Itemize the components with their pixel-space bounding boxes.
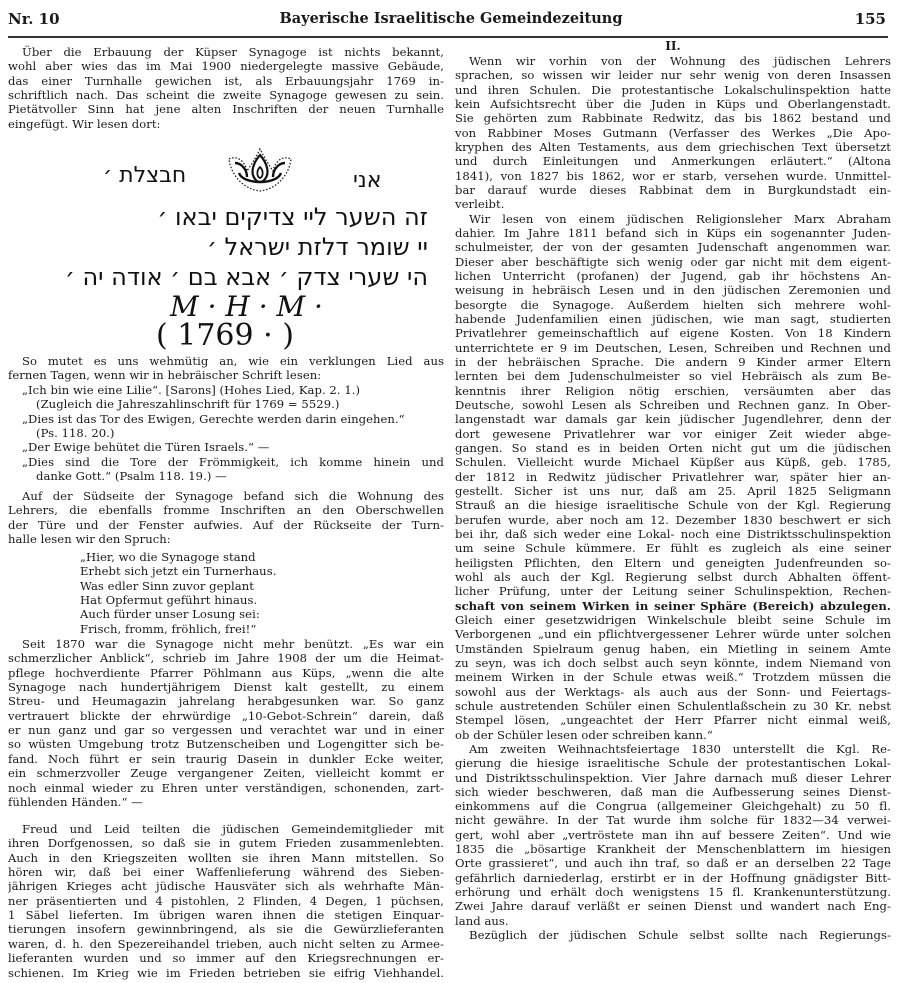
text-line: ihren Dorfgenossen, so daß sie in gutem … [8,836,444,850]
text-line: einkommens auf die Congrua (allgemeiner … [455,799,891,813]
text-line: von Rabbiner Moses Gutmann (Verfasser de… [455,126,891,140]
text-line: pflege hochverdiente Pfarrer Pöhlmann au… [8,666,444,680]
text-line: weisung in hebräisch Lesen und in den jü… [455,283,891,297]
text-line: verleibt. [455,197,504,211]
text-line: Über die Erbauung der Küpser Synagoge is… [22,45,444,59]
text-line: der 1812 in Redwitz jüdischer Privatlehr… [455,470,891,484]
hebrew-inscription-line-1b: אני [353,168,381,193]
text-line: fühlenden Händen.“ — [8,795,143,809]
text-line: Gleich einer gesetzwidrigen Winkelschule… [455,613,891,627]
hebrew-inscription-line-3: יי שומר דלזת ישראל ׳ [98,233,428,261]
text-line: bar darauf wurde dieses Rabbinat dem in … [455,183,891,197]
text-line: dort gewesene Privatlehrer war vor einig… [455,427,891,441]
text-line: ein schmerzvoller Zeuge vergangener Zeit… [8,766,444,780]
text-line: fand. Noch führt er sein traurig Dasein … [8,752,444,766]
newspaper-title: Bayerische Israelitische Gemeindezeitung [8,10,894,27]
text-line: Am zweiten Weihnachtsfeiertage 1830 unte… [469,742,891,756]
text-line: gefährlich darniederlag, erstirbt er in … [455,871,891,885]
text-line: erhörung und erhält doch wenigstens 15 f… [455,885,891,899]
text-line: Strauß an die hiesige israelitische Schu… [455,498,891,512]
text-line: vertrauert blickte der ehrwürdige „10-Ge… [8,709,444,723]
text-line: gierung die hiesige israelitische Schule… [455,756,891,770]
text-line: Bezüglich der jüdischen Schule selbst so… [469,928,891,942]
text-line: schriftlich nach. Das scheint die zweite… [8,88,444,102]
text-line: er nun ganz und gar so vergessen und ver… [8,723,444,737]
text-line: Freud und Leid teilten die jüdischen Gem… [22,822,444,836]
text-line: so wüsten Umgebung trotz Butzenscheiben … [8,737,444,751]
poem-line: Erhebt sich jetzt ein Turnerhaus. [80,564,276,578]
text-line: Auf der Südseite der Synagoge befand sic… [22,489,444,503]
text-line: Wenn wir vorhin von der Wohnung des jüdi… [469,54,891,68]
text-line: ob der Schüler lesen oder schreiben kann… [455,728,713,742]
text-line: der Türe und der Fenster aufwies. Auf de… [8,518,444,532]
text-line: um seine Schule kümmere. Er fühlt es zug… [455,541,891,555]
text-line: 1835 die „bösartige Krankheit der Mensch… [455,842,891,856]
text-line: Privatlehrer gemeinschaftlich auf eigene… [455,326,891,340]
poem-line: Auch fürder unser Losung sei: [80,607,260,621]
text-line: schaft von seinem Wirken in seiner Sphär… [455,599,891,613]
text-line: gert, wohl aber „vertröstete man ihn auf… [455,828,891,842]
text-line: noch einmal wieder zu Ehren unter verstä… [8,781,444,795]
text-line: Schulen. Vielleicht wurde Michael Küpßer… [455,455,891,469]
poem-line: Frisch, fromm, fröhlich, frei!“ [80,622,256,636]
poem-line: Hat Opfermut geführt hinaus. [80,593,257,607]
poem-line: Was edler Sinn zuvor geplant [80,579,254,593]
text-line: 1 Säbel lieferten. Im übrigen waren ihne… [8,908,444,922]
text-line: zu seyn, was ich doch selbst auch seyn k… [455,656,891,670]
hebrew-inscription-line-1a: חבצלת ׳ [103,163,186,188]
header-rule [8,36,888,38]
text-line: licher Prüfung, unter der Leitung seiner… [455,584,891,598]
text-line: kenntnis ihrer Religion nötig erschien, … [455,384,891,398]
text-line: halle lesen wir den Spruch: [8,532,171,546]
text-line: gestellt. Sicher ist uns nur, daß am 25.… [455,484,891,498]
text-line: kryphen des Alten Testaments, aus dem gr… [455,140,891,154]
quotation-line: „Dies ist das Tor des Ewigen, Gerechte w… [22,412,405,426]
text-line: fernen Tagen, wenn wir in hebräischer Sc… [8,368,321,382]
text-line: und Distriktsschulinspektion. Vier Jahre… [455,771,891,785]
text-line: berufen wurde, aber noch am 12. Dezember… [455,513,891,527]
inscription-year: ( 1769 · ) [156,318,294,353]
text-line: eingefügt. Wir lesen dort: [8,117,161,131]
text-line: lernten bei dem Judenschulmeister so vie… [455,369,891,383]
text-line: wohl als auch der Kgl. Regierung selbst … [455,570,891,584]
text-line: wohl aber wies das im Mai 1900 niedergel… [8,59,444,73]
text-line: Orte grassieret“, und auch ihn traf, so … [455,856,891,870]
text-line: heiligsten Pflichten, den Eltern und gen… [455,556,891,570]
hebrew-inscription-line-2: זה השער ליי צדיקים יבאו ׳ [68,203,428,231]
text-line: langenstadt war damals gar kein jüdische… [455,412,891,426]
text-line: lieferanten wurden und so immer auf den … [8,951,444,965]
text-line: jährigen Krieges acht jüdische Hausväter… [8,879,444,893]
section-heading: II. [455,39,891,53]
lotus-ornament-icon [223,143,297,197]
text-line: Streu- und Heumagazin jahrelang herabges… [8,694,444,708]
text-line: ner präsentierten und 4 pistohlen, 2 Fli… [8,894,444,908]
text-line: So mutet es uns wehmütig an, wie ein ver… [22,354,444,368]
text-line: Pietätvoller Sinn hat jene alten Inschri… [8,102,444,116]
text-line: lichen Unterricht (profanen) der Jugend,… [455,269,891,283]
text-line: Dieser aber beschäftigte sich wenig oder… [455,255,891,269]
text-line: Umständen Spielraum genug haben, ein Mie… [455,642,891,656]
text-line: und durch Einleitungen und Anmerkungen e… [455,154,891,168]
text-line: Synagoge nach hundertjährigem Dienst kal… [8,680,444,694]
poem-line: „Hier, wo die Synagoge stand [80,550,256,564]
text-line: Wir lesen von einem jüdischen Religionsl… [469,212,891,226]
page-header: Nr. 10 Bayerische Israelitische Gemeinde… [8,10,894,34]
text-line: meinem Wirken in der Schule etwas weiß.“… [455,670,891,684]
text-line: Lehrers, die ebenfalls fromme Inschrifte… [8,503,444,517]
text-line: Zwei Jahre darauf verläßt er seinen Dien… [455,899,891,913]
text-line: gangen. So stand es in beiden Orten nich… [455,441,891,455]
text-line: dahier. Im Jahre 1811 befand sich in Küp… [455,226,891,240]
text-line: Auch in den Kriegszeiten wollten sie ihr… [8,851,444,865]
text-line: land aus. [455,914,509,928]
quotation-line: „Der Ewige behütet die Türen Israels.“ — [22,440,269,454]
text-line: besorgte die Synagoge. Außerdem hielten … [455,298,891,312]
text-line: habende Judenfamilien einen jüdischen, w… [455,312,891,326]
text-line: hören wir, daß bei einer Waffenlieferung… [8,865,444,879]
text-line: Deutsche, sowohl Lesen als Schreiben und… [455,398,891,412]
text-line: nicht gewähre. In der Tat wurde ihm solc… [455,813,891,827]
text-line: das einer Turnhalle gewichen ist, als Er… [8,74,444,88]
text-line: Sie gehörten zum Rabbinate Redwitz, das … [455,111,891,125]
page-number: 155 [855,10,886,28]
text-line: 1841), von 1827 bis 1862, wor er starb, … [455,169,891,183]
text-line: schulmeister, der von der gesamten Juden… [455,240,891,254]
text-line: Stempel lösen, „ungeachtet der Herr Pfar… [455,713,891,727]
text-line: sprachen, so wissen wir leider nur sehr … [455,68,891,82]
text-line: sowohl aus der Werktags- als auch aus de… [455,685,891,699]
text-line: schule austretenden Schüler einen Schule… [455,699,891,713]
text-line: Verborgenen „und ein pflichtvergessener … [455,627,891,641]
text-line: tierungen insofern gewinnbringend, als s… [8,922,444,936]
text-line: schienen. Im Krieg wie im Frieden betrie… [8,966,444,980]
text-line: schmerzlicher Anblick“, schrieb im Jahre… [8,651,444,665]
quotation-line: „Dies sind die Tore der Frömmigkeit, ich… [22,455,444,469]
text-line: Seit 1870 war die Synagoge nicht mehr be… [22,637,444,651]
quotation-line: (Zugleich die Jahreszahlinschrift für 17… [36,397,339,411]
text-line: kein Aufsichtsrecht über die Juden in Kü… [455,97,891,111]
quotation-line: danke Gott.“ (Psalm 118. 19.) — [36,469,227,483]
text-line: in der hebräischen Sprache. Die andern 9… [455,355,891,369]
quotation-line: (Ps. 118. 20.) [36,426,115,440]
hebrew-inscription-line-4: הי שערי צדק ׳ אבא בם ׳ אודה יה ׳ [8,263,428,291]
text-line: waren, d. h. den Spezereihandel trieben,… [8,937,444,951]
text-line: und ihren Schulen. Die protestantische L… [455,83,891,97]
text-line: sich wieder beschweren, daß man die Aufb… [455,785,891,799]
text-line: bei ihr, daß sich weder eine Lokal- noch… [455,527,891,541]
text-line: unterrichtete er 9 im Deutschen, Lesen, … [455,341,891,355]
quotation-line: „Ich bin wie eine Lilie“. [Sarons] (Hohe… [22,383,360,397]
